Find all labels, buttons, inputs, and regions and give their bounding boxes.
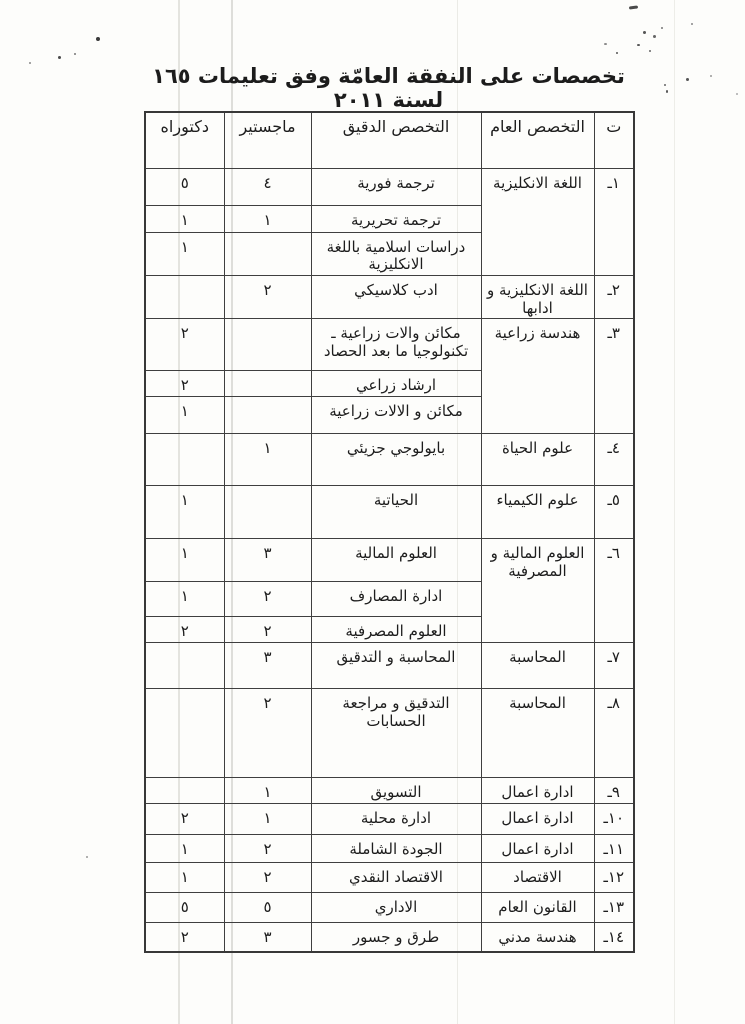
cell-general: ادارة اعمال: [481, 834, 594, 862]
cell-doctorate: ١: [145, 834, 224, 862]
cell-general: علوم الكيمياء: [481, 486, 594, 539]
cell-general: علوم الحياة: [481, 434, 594, 486]
table-row: ٧ـ المحاسبة المحاسبة و التدقيق ٣: [145, 642, 634, 688]
cell-index: ١١ـ: [594, 834, 634, 862]
cell-specific: ادب كلاسيكي: [311, 275, 481, 318]
cell-masters: [224, 486, 311, 539]
table-row: ١١ـ ادارة اعمال الجودة الشاملة ٢ ١: [145, 834, 634, 862]
scan-speck: [710, 75, 712, 77]
cell-masters: ٣: [224, 922, 311, 952]
cell-doctorate: ٥: [145, 892, 224, 922]
cell-general: المحاسبة: [481, 642, 594, 688]
cell-masters: ٣: [224, 539, 311, 582]
cell-index: ١٢ـ: [594, 862, 634, 892]
cell-specific: التدقيق و مراجعة الحسابات: [311, 688, 481, 777]
cell-specific: العلوم المصرفية: [311, 617, 481, 643]
cell-index: ٦ـ: [594, 539, 634, 643]
scan-speck: [86, 856, 88, 858]
cell-masters: ١: [224, 803, 311, 834]
scan-speck: [74, 53, 76, 55]
cell-general: القانون العام: [481, 892, 594, 922]
table-row: ٨ـ المحاسبة التدقيق و مراجعة الحسابات ٢: [145, 688, 634, 777]
cell-doctorate: ٢: [145, 617, 224, 643]
cell-doctorate: ٥: [145, 168, 224, 205]
scan-streak: [674, 0, 675, 1024]
cell-doctorate: ١: [145, 232, 224, 275]
cell-general: اللغة الانكليزية: [481, 168, 594, 275]
cell-doctorate: ٢: [145, 319, 224, 371]
cell-specific: التسويق: [311, 777, 481, 803]
scan-speck: [96, 37, 100, 41]
cell-specific: مكائن والات زراعية ـ تكنولوجيا ما بعد ال…: [311, 319, 481, 371]
cell-specific: ادارة محلية: [311, 803, 481, 834]
cell-specific: ارشاد زراعي: [311, 371, 481, 397]
cell-specific: ادارة المصارف: [311, 582, 481, 617]
table-row: ١ـ اللغة الانكليزية ترجمة فورية ٤ ٥: [145, 168, 634, 205]
cell-masters: ١: [224, 205, 311, 232]
cell-general: ادارة اعمال: [481, 803, 594, 834]
cell-specific: الاقتصاد النقدي: [311, 862, 481, 892]
cell-index: ١٠ـ: [594, 803, 634, 834]
scan-speck: [604, 43, 607, 45]
scan-speck: [736, 93, 738, 95]
cell-masters: ٢: [224, 275, 311, 318]
table-row: ٦ـ العلوم المالية و المصرفية العلوم الما…: [145, 539, 634, 582]
table-row: ٣ـ هندسة زراعية مكائن والات زراعية ـ تكن…: [145, 319, 634, 371]
cell-masters: [224, 232, 311, 275]
cell-doctorate: [145, 642, 224, 688]
scan-speck: [653, 35, 656, 38]
cell-index: ٧ـ: [594, 642, 634, 688]
scan-speck: [29, 62, 31, 64]
table-row: ٤ـ علوم الحياة بايولوجي جزيئي ١: [145, 434, 634, 486]
cell-masters: ٢: [224, 834, 311, 862]
scan-speck: [629, 5, 638, 9]
cell-specific: ترجمة فورية: [311, 168, 481, 205]
scan-speck: [637, 44, 640, 46]
cell-masters: [224, 371, 311, 397]
scan-speck: [649, 50, 651, 52]
cell-specific: المحاسبة و التدقيق: [311, 642, 481, 688]
cell-doctorate: [145, 777, 224, 803]
cell-specific: الاداري: [311, 892, 481, 922]
cell-doctorate: ١: [145, 862, 224, 892]
col-header-masters: ماجستير: [224, 112, 311, 168]
cell-index: ١٣ـ: [594, 892, 634, 922]
cell-specific: بايولوجي جزيئي: [311, 434, 481, 486]
scan-speck: [661, 27, 663, 29]
specializations-table: ت التخصص العام التخصص الدقيق ماجستير دكت…: [144, 111, 635, 953]
cell-masters: ٢: [224, 688, 311, 777]
cell-doctorate: ١: [145, 582, 224, 617]
cell-general: الاقتصاد: [481, 862, 594, 892]
table-row: ٩ـ ادارة اعمال التسويق ١: [145, 777, 634, 803]
cell-masters: [224, 397, 311, 434]
cell-masters: ٢: [224, 582, 311, 617]
cell-index: ٤ـ: [594, 434, 634, 486]
cell-doctorate: [145, 275, 224, 318]
cell-doctorate: ١: [145, 205, 224, 232]
table-row: ٢ـ اللغة الانكليزية و ادابها ادب كلاسيكي…: [145, 275, 634, 318]
cell-specific: العلوم المالية: [311, 539, 481, 582]
scan-speck: [666, 90, 668, 93]
cell-specific: الجودة الشاملة: [311, 834, 481, 862]
cell-specific: دراسات اسلامية باللغة الانكليزية: [311, 232, 481, 275]
cell-index: ٥ـ: [594, 486, 634, 539]
cell-masters: ٢: [224, 617, 311, 643]
scan-speck: [691, 23, 693, 25]
cell-general: ادارة اعمال: [481, 777, 594, 803]
scan-speck: [58, 56, 61, 59]
cell-masters: ١: [224, 434, 311, 486]
cell-doctorate: ١: [145, 397, 224, 434]
cell-doctorate: [145, 688, 224, 777]
col-header-general: التخصص العام: [481, 112, 594, 168]
scan-speck: [616, 52, 618, 54]
cell-masters: ٥: [224, 892, 311, 922]
cell-general: هندسة مدني: [481, 922, 594, 952]
cell-index: ٣ـ: [594, 319, 634, 434]
cell-masters: ١: [224, 777, 311, 803]
table-row: ١٣ـ القانون العام الاداري ٥ ٥: [145, 892, 634, 922]
cell-index: ٢ـ: [594, 275, 634, 318]
table-row: ٥ـ علوم الكيمياء الحياتية ١: [145, 486, 634, 539]
cell-doctorate: ١: [145, 539, 224, 582]
cell-specific: طرق و جسور: [311, 922, 481, 952]
cell-masters: ٣: [224, 642, 311, 688]
cell-general: هندسة زراعية: [481, 319, 594, 434]
col-header-index: ت: [594, 112, 634, 168]
cell-doctorate: ٢: [145, 803, 224, 834]
table-row: ١٢ـ الاقتصاد الاقتصاد النقدي ٢ ١: [145, 862, 634, 892]
cell-index: ١ـ: [594, 168, 634, 275]
scanned-document-page: تخصصات على النفقة العامّة وفق تعليمات ١٦…: [0, 0, 745, 1024]
page-title: تخصصات على النفقة العامّة وفق تعليمات ١٦…: [144, 64, 633, 112]
table-row: ١٤ـ هندسة مدني طرق و جسور ٣ ٢: [145, 922, 634, 952]
col-header-specific: التخصص الدقيق: [311, 112, 481, 168]
cell-doctorate: ١: [145, 486, 224, 539]
cell-specific: ترجمة تحريرية: [311, 205, 481, 232]
table-row: ١٠ـ ادارة اعمال ادارة محلية ١ ٢: [145, 803, 634, 834]
cell-masters: ٢: [224, 862, 311, 892]
cell-masters: [224, 319, 311, 371]
cell-masters: ٤: [224, 168, 311, 205]
cell-index: ٨ـ: [594, 688, 634, 777]
cell-index: ٩ـ: [594, 777, 634, 803]
cell-doctorate: ٢: [145, 922, 224, 952]
cell-specific: مكائن و الالات زراعية: [311, 397, 481, 434]
col-header-doctorate: دكتوراه: [145, 112, 224, 168]
cell-index: ١٤ـ: [594, 922, 634, 952]
cell-doctorate: ٢: [145, 371, 224, 397]
scan-speck: [643, 31, 646, 34]
cell-general: المحاسبة: [481, 688, 594, 777]
scan-speck: [686, 78, 689, 81]
header-row: ت التخصص العام التخصص الدقيق ماجستير دكت…: [145, 112, 634, 168]
cell-general: العلوم المالية و المصرفية: [481, 539, 594, 643]
cell-doctorate: [145, 434, 224, 486]
scan-speck: [664, 84, 666, 86]
cell-general: اللغة الانكليزية و ادابها: [481, 275, 594, 318]
cell-specific: الحياتية: [311, 486, 481, 539]
